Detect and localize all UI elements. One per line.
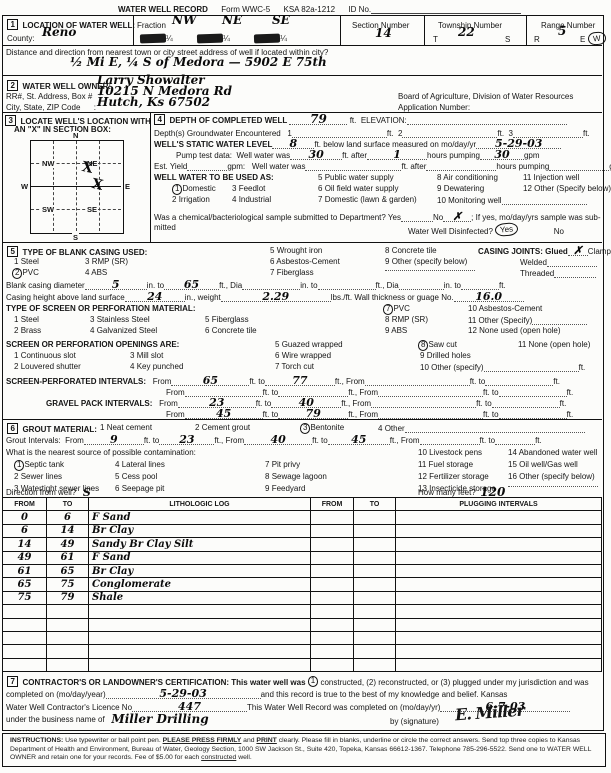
instructions-box: INSTRUCTIONS: Use typewriter or ball poi… — [2, 733, 606, 767]
divider — [340, 15, 341, 45]
certification-line-1b: constructed, (2) reconstructed, or (3) p… — [320, 678, 588, 687]
blank — [378, 387, 483, 397]
wall-label: lbs./ft. Wall thickness or guage No. — [331, 293, 454, 302]
fraction-hw-1: NW — [172, 16, 196, 25]
casing-diameter-row: Blank casing diameter 5 in. to 65 ft., D… — [6, 280, 506, 290]
casing-4-label: ABS — [91, 268, 107, 277]
ksa-statute: KSA 82a-1212 — [284, 5, 336, 14]
contam-option-12: 12 Fertilizer storage — [418, 472, 489, 481]
contam-option-14: 14 Abandoned water well — [508, 448, 597, 457]
fraction-hw-3: SE — [272, 16, 290, 25]
grout-t1-value: 23 — [179, 433, 194, 446]
ft: ft. — [499, 281, 506, 290]
log-7-desc: Shale — [92, 592, 123, 603]
log-5-from: 61 — [18, 566, 32, 577]
log-1-from: 0 — [21, 512, 28, 523]
casing-option-6: 6 Asbestos-Cement — [270, 257, 340, 266]
grout-1-num: 1 — [100, 423, 104, 432]
agency-name: Board of Agriculture, Division of Water … — [398, 92, 573, 101]
use-6-label: Oil field water supply — [325, 184, 399, 193]
distance-value: ½ Mi E, ¼ S of Medora — 5902 E 75th — [70, 58, 327, 67]
in-to: in. to — [300, 281, 317, 290]
sample-question-row: Was a chemical/bacteriological sample su… — [154, 212, 601, 222]
grout-f2-value: 40 — [271, 433, 286, 446]
log-row-empty — [3, 605, 602, 618]
log-row-1: 06F Sand — [3, 511, 602, 524]
grout-t2-blank: 45 — [328, 435, 390, 445]
open-option-8-circled: 8Saw cut — [418, 340, 457, 351]
contam-other-blank — [508, 477, 598, 487]
use-5-num: 5 — [318, 173, 322, 182]
open-option-10: 10 Other (specify) ft. — [420, 362, 585, 372]
log-row-4: 4961F Sand — [3, 551, 602, 564]
sample-question: Was a chemical/bacteriological sample su… — [154, 213, 401, 222]
contam-option-9: 9 Feedyard — [265, 484, 305, 493]
open-4-num: 4 — [130, 362, 134, 371]
screen-12-label: None used (open hole) — [479, 326, 560, 335]
use-3-label: Feedlot — [239, 184, 266, 193]
open-8-label: Saw cut — [428, 340, 456, 349]
blank — [420, 435, 480, 445]
open-option-7: 7 Torch cut — [275, 362, 314, 371]
screen-5-num: 5 — [205, 315, 209, 324]
id-no-blank — [371, 4, 521, 14]
est-yield-row: Est. Yield gpm: Well water was ft. after… — [154, 161, 611, 171]
pump-a: Well water was — [236, 151, 290, 160]
screen-11-label: Other (Specify) — [479, 316, 533, 325]
pump-hours-blank: 1 — [367, 150, 427, 160]
use-8-num: 8 — [437, 173, 441, 182]
open-8-num: 8 — [418, 340, 428, 351]
licence-blank: 447 — [132, 702, 247, 712]
open-7-num: 7 — [275, 362, 279, 371]
contam-9-label: Feedyard — [272, 484, 306, 493]
spi-to-value: 77 — [292, 374, 307, 387]
gw-2: ft. 2 — [387, 129, 403, 138]
grout-t2-value: 45 — [351, 433, 366, 446]
use-1-label: Domestic — [182, 184, 215, 193]
ft-to: ft. to — [256, 399, 272, 408]
quarter-glyph: ¼ — [166, 34, 173, 43]
casing-1-num: 1 — [14, 257, 18, 266]
sec7-number: 7 — [7, 676, 18, 687]
owner-city-label: City, State, ZIP Code : — [6, 103, 96, 112]
direction-value: S — [83, 488, 91, 497]
log-5-desc: Br Clay — [92, 566, 133, 577]
dia2-ft-blank — [318, 280, 376, 290]
casing-6-num: 6 — [270, 257, 274, 266]
sec2-heading: 2 WATER WELL OWNER: — [7, 80, 111, 91]
yield-gpm-blank — [549, 161, 609, 171]
welded-row: Welded — [520, 257, 597, 267]
contam-5-num: 5 — [115, 472, 119, 481]
spi-label: SCREEN-PERFORATED INTERVALS: — [6, 377, 146, 386]
screen-9-num: 9 — [385, 326, 389, 335]
use-5-label: Public water supply — [325, 173, 394, 182]
log-3-desc: Sandy Br Clay Silt — [92, 539, 193, 550]
grout-3-label: Bentonite — [310, 423, 344, 432]
log-1-to: 6 — [64, 512, 71, 523]
screen-option-11: 11 Other (Specify) — [468, 315, 587, 325]
spi-from-value: 65 — [203, 374, 218, 387]
screen-3-num: 3 — [90, 315, 94, 324]
weight-blank: 2.29 — [221, 292, 331, 302]
certification-line-2b: and this record is true to the best of m… — [261, 690, 508, 699]
direction-label: Direction from well? — [6, 488, 76, 497]
est-yield-blank — [187, 161, 227, 171]
divider — [526, 15, 527, 45]
casing-5-num: 5 — [270, 246, 274, 255]
log-6-desc: Conglomerate — [92, 579, 171, 590]
instructions-p1: Use typewriter or ball point pen. — [63, 737, 162, 744]
blank — [371, 398, 476, 408]
feet-row: How many feet? 120 — [418, 488, 505, 497]
casing-option-2-circled: 2PVC — [12, 268, 39, 279]
completed-on-label: completed on (mo/day/year) — [6, 690, 106, 699]
completed-date-blank: 5-29-03 — [106, 689, 261, 699]
welded-blank — [547, 257, 597, 267]
open-10-label: Other (specify) — [431, 363, 483, 372]
depth-label: DEPTH OF COMPLETED WELL — [169, 116, 287, 125]
gw-blank-1 — [292, 128, 387, 138]
use-option-9: 9 Dewatering — [437, 184, 484, 193]
use-4-num: 4 — [232, 195, 236, 204]
screen-option-2: 2 Brass — [14, 326, 41, 335]
screen-4-num: 4 — [90, 326, 94, 335]
casing-3-label: RMP (SR) — [92, 257, 128, 266]
quadrant-se: SE — [86, 205, 98, 214]
log-h-from: FROM — [3, 498, 47, 511]
log-2-to: 14 — [61, 525, 75, 536]
use-option-8: 8 Air conditioning — [437, 173, 498, 182]
compass-s: S — [72, 233, 79, 242]
contam-14-num: 14 — [508, 448, 517, 457]
gw-blank-2 — [402, 128, 497, 138]
screen-11-blank — [532, 315, 587, 325]
open-option-6: 6 Wire wrapped — [275, 351, 331, 360]
welded-label: Welded — [520, 258, 547, 267]
screen-option-1: 1 Steel — [14, 315, 39, 324]
yield-hours-blank — [426, 161, 496, 171]
casing-8-label: Concrete tile — [392, 246, 437, 255]
log-3-to: 49 — [61, 539, 75, 550]
yield-c: hours pumping — [496, 162, 549, 171]
screen-11-num: 11 — [468, 316, 476, 325]
contam-option-2: 2 Sewer lines — [14, 472, 62, 481]
fraction-struck-2: SW — [197, 34, 223, 44]
ft-from: ft., From — [335, 377, 365, 386]
instructions-p4: well. — [236, 754, 252, 761]
ft-to: ft. to — [483, 410, 499, 419]
township-t: T — [433, 35, 438, 44]
open-option-11: 11 None (open hole) — [518, 340, 590, 349]
screen-1-label: Steel — [21, 315, 39, 324]
sample-no-label: No — [433, 213, 443, 222]
screen-6-label: Concrete tile — [212, 326, 257, 335]
log-row-empty — [3, 631, 602, 644]
contam-6-num: 6 — [115, 484, 119, 493]
pump-c: hours pumping — [427, 151, 480, 160]
use-10-num: 10 — [437, 196, 446, 205]
fraction-label: Fraction — [137, 21, 166, 30]
ft-from: ft., From — [348, 410, 378, 419]
gpi-to2-blank: 79 — [278, 409, 348, 419]
contam-1-num: 1 — [14, 460, 24, 471]
open-5-label: Guazed wrapped — [282, 340, 343, 349]
from: From — [166, 410, 185, 419]
divider — [2, 75, 602, 76]
ft-to: ft. to — [470, 377, 486, 386]
licence-label: Water Well Contractor's Licence No — [6, 703, 132, 712]
range-e: E — [580, 35, 585, 44]
open-1-num: 1 — [14, 351, 18, 360]
divider — [2, 242, 602, 243]
grout-heading-row: 6 GROUT MATERIAL: — [7, 423, 97, 434]
est-yield-label: Est. Yield — [154, 162, 187, 171]
log-row-7: 7579Shale — [3, 591, 602, 604]
spi-to-blank: 77 — [265, 376, 335, 386]
contamination-question: What is the nearest source of possible c… — [6, 448, 196, 457]
log-row-5: 6165Br Clay — [3, 564, 602, 577]
casing-joints-label: CASING JOINTS: Glued — [478, 247, 568, 256]
sample-no-blank: ✗ — [443, 212, 471, 222]
use-2-num: 2 — [172, 195, 176, 204]
contam-4-label: Lateral lines — [122, 460, 165, 469]
openings-heading: SCREEN OR PERFORATION OPENINGS ARE: — [6, 340, 179, 349]
threaded-row: Threaded — [520, 268, 596, 278]
in-to: in. to — [444, 281, 461, 290]
compass-n: N — [72, 131, 79, 140]
depth-row: 4 DEPTH OF COMPLETED WELL 79 ft. ELEVATI… — [154, 114, 567, 125]
disinfected-no: No — [554, 227, 564, 236]
casing-option-1: 1 Steel — [14, 257, 39, 266]
fraction-struck-3: NE — [254, 34, 280, 44]
range-r: R — [534, 35, 540, 44]
use-9-num: 9 — [437, 184, 441, 193]
contam-option-4: 4 Lateral lines — [115, 460, 165, 469]
log-row-empty — [3, 658, 602, 671]
screen-heading: TYPE OF SCREEN OR PERFORATION MATERIAL: — [6, 304, 195, 313]
contam-5-label: Cess pool — [122, 472, 158, 481]
weight-value: 2.29 — [262, 290, 289, 303]
ft-to: ft. to — [312, 436, 328, 445]
sec2-number: 2 — [7, 80, 18, 91]
ft-from: ft., From — [390, 436, 420, 445]
screen-10-label: Asbestos-Cement — [479, 304, 543, 313]
contam-15-num: 15 — [508, 460, 517, 469]
business-name-label: under the business name of — [6, 715, 105, 724]
open-9-label: Drilled holes — [427, 351, 471, 360]
est-yield-mid: gpm: Well water was — [227, 162, 305, 171]
blank — [499, 387, 567, 397]
open-option-4: 4 Key punched — [130, 362, 183, 371]
feet-label: How many feet? — [418, 488, 476, 497]
screen-4-label: Galvanized Steel — [97, 326, 157, 335]
use-9-label: Dewatering — [444, 184, 484, 193]
screen-2-label: Brass — [21, 326, 41, 335]
log-5-to: 65 — [61, 566, 75, 577]
ft-to: ft. to — [263, 388, 279, 397]
ft-from: ft., From — [348, 388, 378, 397]
log-4-to: 61 — [61, 552, 75, 563]
elevation-blank — [407, 115, 567, 125]
pump-depth-value: 30 — [308, 148, 323, 161]
county-value: Reno — [42, 28, 76, 37]
casing-option-7: 7 Fiberglass — [270, 268, 314, 277]
ft-to: ft. to — [480, 436, 496, 445]
sec1-title: LOCATION OF WATER WELL: — [22, 21, 135, 30]
signature-label: by (signature) — [390, 717, 439, 726]
grout-option-1: 1 Neat cement — [100, 423, 152, 432]
divider — [2, 419, 602, 420]
log-h-to: TO — [47, 498, 89, 511]
ft-from: ft., From — [341, 399, 371, 408]
instructions-p2: and — [241, 737, 256, 744]
log-h-to2: TO — [354, 498, 396, 511]
section-box-centerline — [31, 186, 121, 187]
depth-blank: 79 — [289, 115, 347, 125]
casing-6-label: Asbestos-Cement — [276, 257, 340, 266]
instructions-u2: PRINT — [256, 737, 276, 744]
use-2-label: Irrigation — [179, 195, 210, 204]
divider — [2, 112, 602, 113]
business-name-value: Miller Drilling — [111, 715, 208, 724]
screen-option-7-circled: 7PVC — [383, 304, 410, 315]
from: From — [159, 399, 178, 408]
use-7-label: Domestic (lawn & garden) — [325, 195, 417, 204]
instructions-u3: constructed — [201, 754, 236, 761]
contam-option-11: 11 Fuel storage — [418, 460, 473, 469]
screen-1-num: 1 — [14, 315, 18, 324]
open-10-blank — [484, 362, 579, 372]
pump-test-label: Pump test data: — [176, 151, 232, 160]
use-4-label: Industrial — [239, 195, 271, 204]
use-3-num: 3 — [232, 184, 236, 193]
contam-option-15: 15 Oil well/Gas well — [508, 460, 578, 469]
use-11-label: Injection well — [534, 173, 580, 182]
weight-label: in., weight — [185, 293, 221, 302]
log-row-3: 1449Sandy Br Clay Silt — [3, 538, 602, 551]
casing-other-blank — [385, 261, 475, 271]
from: From — [166, 388, 185, 397]
threaded-label: Threaded — [520, 269, 554, 278]
fraction-struck-row: NE ¼ SW ¼ NE ¼ — [140, 34, 287, 43]
sec4-number: 4 — [154, 114, 165, 125]
screen-option-10: 10 Asbestos-Cement — [468, 304, 542, 313]
casing-heading: TYPE OF BLANK CASING USED: — [22, 248, 147, 257]
casing-1-label: Steel — [21, 257, 39, 266]
feet-value: 120 — [480, 488, 505, 497]
certification-line-1: 7 CONTRACTOR'S OR LANDOWNER'S CERTIFICAT… — [7, 676, 589, 687]
casing-diameter-label: Blank casing diameter — [6, 281, 85, 290]
gpm-label: gpm — [524, 151, 540, 160]
screen-5-label: Fiberglass — [212, 315, 249, 324]
spi-from-blank: 65 — [171, 376, 249, 386]
ft: ft. — [535, 436, 542, 445]
casing-joints-row: CASING JOINTS: Glued ✗ Clamped — [478, 246, 611, 256]
casing-3-num: 3 — [85, 257, 89, 266]
log-3-from: 14 — [18, 539, 32, 550]
casing-5-label: Wrought iron — [277, 246, 323, 255]
blank — [378, 409, 483, 419]
ft-to: ft. to — [476, 399, 492, 408]
casing-height-label: Casing height above land surface — [6, 293, 125, 302]
range-label: Range Number — [541, 21, 595, 30]
casing-4-num: 4 — [85, 268, 89, 277]
contam-7-num: 7 — [265, 460, 269, 469]
spi-from2-blank — [365, 376, 470, 386]
contam-option-1-circled: 1Septic tank — [14, 460, 64, 471]
log-row-2: 614Br Clay — [3, 524, 602, 537]
grout-heading: GROUT MATERIAL: — [22, 425, 97, 434]
pump-depth-blank: 30 — [290, 150, 342, 160]
open-5-num: 5 — [275, 340, 279, 349]
screen-option-3: 3 Stainless Steel — [90, 315, 150, 324]
quadrant-sw: SW — [41, 205, 55, 214]
blank — [499, 409, 567, 419]
log-2-from: 6 — [21, 525, 28, 536]
screen-9-label: ABS — [391, 326, 407, 335]
ft-dia: ft., Dia — [219, 281, 242, 290]
sec6-number: 6 — [7, 423, 18, 434]
screen-2-num: 2 — [14, 326, 18, 335]
height-value: 24 — [147, 290, 162, 303]
glued-mark: ✗ — [573, 244, 582, 257]
open-11-label: None (open hole) — [529, 340, 591, 349]
pump-b: ft. after — [342, 151, 367, 160]
grout-3-num: 3 — [300, 423, 310, 434]
contam-11-label: Fuel storage — [429, 460, 473, 469]
contam-option-10: 10 Livestock pens — [418, 448, 482, 457]
diam-blank: 5 — [85, 280, 147, 290]
casing-height-row: Casing height above land surface 24 in.,… — [6, 292, 524, 302]
threaded-blank — [554, 268, 596, 278]
diam-ft-value: 65 — [184, 278, 199, 291]
open-6-num: 6 — [275, 351, 279, 360]
grout-option-3-circled: 3Bentonite — [300, 423, 344, 434]
pump-hours-value: 1 — [393, 148, 401, 161]
disinfected-yes-circled: Yes — [495, 222, 519, 237]
contam-9-num: 9 — [265, 484, 269, 493]
open-option-9: 9 Drilled holes — [420, 351, 471, 360]
screen-7-num: 7 — [383, 304, 393, 315]
ft-to: ft. to — [144, 436, 160, 445]
log-h-lithologic: LITHOLOGIC LOG — [89, 498, 311, 511]
yield-b: ft. after — [401, 162, 426, 171]
instructions-lead: INSTRUCTIONS: — [10, 737, 63, 744]
ft: ft. — [567, 388, 574, 397]
screen-3-label: Stainless Steel — [97, 315, 150, 324]
casing-2-label: PVC — [22, 268, 38, 277]
elevation-label: ft. ELEVATION: — [350, 116, 407, 125]
static-date-blank: 5-29-03 — [476, 139, 561, 149]
log-2-desc: Br Clay — [92, 525, 133, 536]
ft: ft. — [560, 399, 567, 408]
ft-to: ft. to — [249, 377, 265, 386]
clamped-label: Clamped — [588, 247, 611, 256]
contam-2-label: Sewer lines — [21, 472, 62, 481]
open-3-num: 3 — [130, 351, 134, 360]
use-option-5: 5 Public water supply — [318, 173, 394, 182]
disinfected-label: Water Well Disinfected? — [408, 227, 493, 236]
application-number-label: Application Number: — [398, 103, 470, 112]
ft: ft. — [567, 410, 574, 419]
screen-option-8: 8 RMP (SR) — [385, 315, 428, 324]
use-option-12: 12 Other (Specify below) — [523, 184, 611, 193]
static-level-label: WELL'S STATIC WATER LEVEL — [154, 140, 272, 149]
grout-intervals-row: Grout Intervals: From 9 ft. to 23 ft., F… — [6, 435, 542, 445]
sample-question-2: ; If yes, mo/day/yrs sample was sub- — [471, 213, 600, 222]
